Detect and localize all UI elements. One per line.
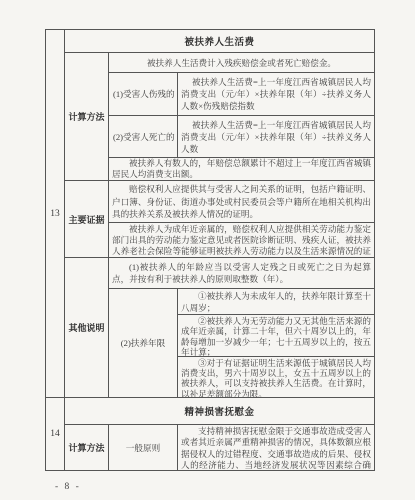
row14-general-principle-label: 一般原则	[109, 425, 178, 471]
row13-cap-note: 被扶养人有数人的，年赔偿总额累计不超过上一年度江西省城镇居民人均消费支出额。	[109, 158, 375, 181]
row13-support-years-label: (2)扶养年限	[109, 289, 178, 398]
row13-case1-formula: 被扶养人生活费=上一年度江西省城镇居民人均消费支出（元/年）×扶养年限（年）÷扶…	[178, 73, 375, 116]
row14-calc-method-label: 计算方法	[65, 425, 109, 471]
row13-support-years-item-3: ③对于有证据证明生活来源低于城镇居民人均消费支出，男六十周岁以上，女五十五周岁以…	[178, 357, 375, 398]
row13-section-title: 被扶养人生活费	[65, 30, 375, 53]
row13-case2-formula: 被扶养人生活费=上一年度江西省城镇居民人均消费支出（元/年）×扶养年限（年）÷扶…	[178, 116, 375, 158]
row13-number: 13	[46, 30, 65, 398]
row14-number: 14	[46, 398, 65, 471]
row13-case2-label: (2)受害人死亡的	[109, 116, 178, 158]
row13-other-notes-label: 其他说明	[65, 258, 109, 398]
page-number: - 8 -	[55, 482, 81, 492]
row13-calc-intro: 被扶养人生活费计入残疾赔偿金或者死亡赔偿金。	[109, 53, 375, 73]
compensation-table: 13 被扶养人生活费 计算方法 被扶养人生活费计入残疾赔偿金或者死亡赔偿金。 (…	[45, 29, 375, 471]
row14-section-title: 精神损害抚慰金	[65, 398, 375, 425]
row13-support-years-item-1: ①被扶养人为未成年人的，扶养年限计算至十八周岁；	[178, 289, 375, 315]
row13-case1-label: (1)受害人伤残的	[109, 73, 178, 116]
row13-evidence-label: 主要证据	[65, 181, 109, 258]
row13-evidence-paragraph-1: 赔偿权利人应提供其与受害人之间关系的证明，包括户籍证明、户口簿、身份证、街道办事…	[109, 181, 375, 223]
row14-general-principle-text: 支持精神损害抚慰金限于交通事故造成受害人或者其近亲属严重精神损害的情况，具体数额…	[178, 425, 375, 471]
row13-other-note-1: (1)被扶养人的年龄应当以受害人定残之日或死亡之日为起算点，并按有利于被扶养人的…	[109, 258, 375, 289]
row13-support-years-item-2: ②被扶养人为无劳动能力又无其他生活来源的成年近亲属，计算二十年，但六十周岁以上的…	[178, 315, 375, 357]
document-page: 13 被扶养人生活费 计算方法 被扶养人生活费计入残疾赔偿金或者死亡赔偿金。 (…	[0, 0, 415, 500]
row13-evidence-paragraph-2: 被扶养人为成年近亲属的，赔偿权利人应提供相关劳动能力鉴定部门出具的劳动能力鉴定意…	[109, 223, 375, 258]
row13-calc-method-label: 计算方法	[65, 53, 109, 181]
